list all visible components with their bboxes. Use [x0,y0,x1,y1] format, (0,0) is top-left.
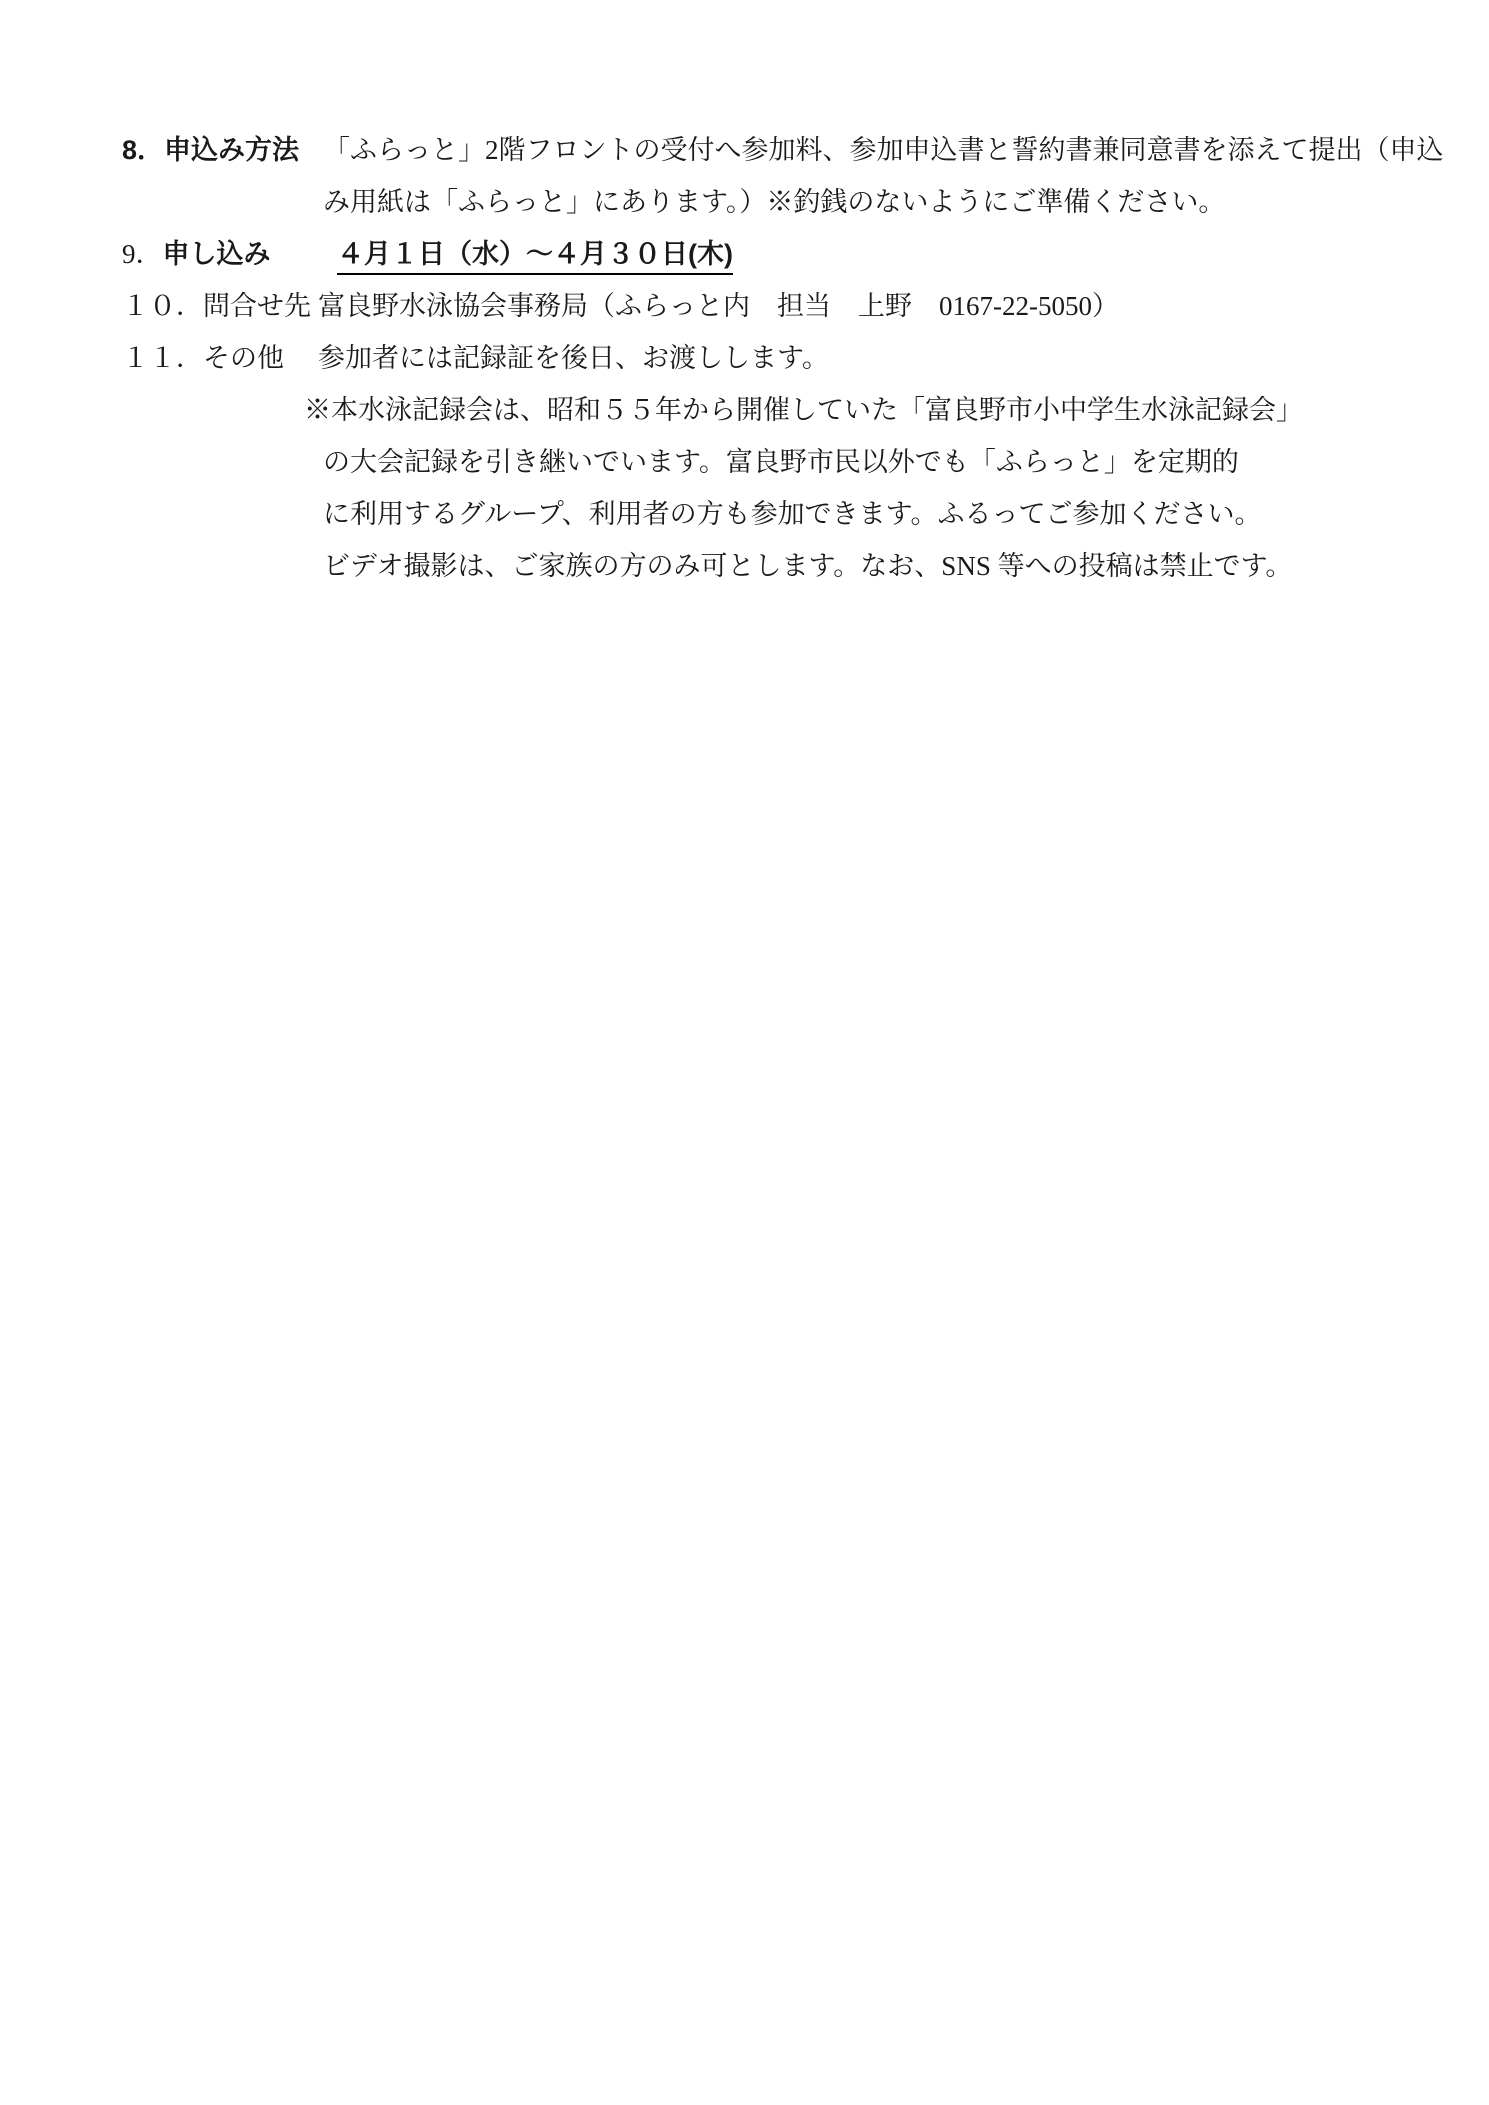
note-line-2: の大会記録を引き継いでいます。富良野市民以外でも「ふらっと」を定期的 [296,408,1239,444]
item-8-number: 8． [122,135,164,165]
item-8-continuation-row: み用紙は「ふらっと」にあります。）※釣銭のないようにご準備ください。 [296,148,1225,184]
item-11-label: その他 [203,343,284,373]
item-10-row: １０．問合せ先富良野水泳協会事務局（ふらっと内 担当 上野 0167-22-50… [95,252,1119,288]
item-9-row: 9．申し込み４月１日（水）～４月３０日(木) [95,200,733,236]
item-11-number: １１． [122,343,203,373]
document-page: 8．申込み方法「ふらっと」2階フロントの受付へ参加料、参加申込書と誓約書兼同意書… [0,0,1489,2105]
note-line-4-text: ビデオ撮影は、ご家族の方のみ可とします。なお、SNS 等への投稿は禁止です。 [323,551,1292,581]
note-line-4: ビデオ撮影は、ご家族の方のみ可とします。なお、SNS 等への投稿は禁止です。 [296,512,1292,548]
item-8-label-cell: 8．申込み方法 [122,132,323,168]
item-8-label: 申込み方法 [164,135,299,165]
item-8-row: 8．申込み方法「ふらっと」2階フロントの受付へ参加料、参加申込書と誓約書兼同意書… [95,96,1444,132]
note-line-3: に利用するグループ、利用者の方も参加できます。ふるってご参加ください。 [296,460,1262,496]
note-line-1: ※本水泳記録会は、昭和５５年から開催していた「富良野市小中学生水泳記録会」 [277,356,1303,392]
item-11-row: １１．その他参加者には記録証を後日、お渡しします。 [95,304,829,340]
